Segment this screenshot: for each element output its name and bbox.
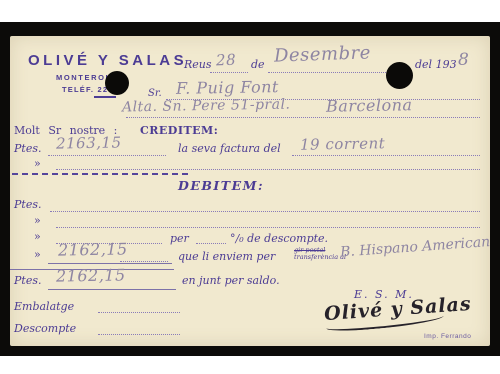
date-day-line	[210, 72, 248, 73]
creditem-label: CREDITEM:	[140, 124, 218, 137]
discount-per-label: per	[170, 232, 189, 245]
date-month-handwritten: Desembre	[274, 42, 372, 66]
scanned-postcard-photo: { "card": { "header": { "company": "OLIV…	[0, 0, 500, 374]
continuation-guillemet: »	[34, 157, 41, 170]
credit-handwritten-date: 19 corrent	[300, 134, 386, 153]
company-name: OLIVÉ Y SALAS	[28, 52, 187, 69]
saldo-amount-underline	[48, 289, 176, 290]
debit-row2-guillemet: »	[34, 214, 41, 227]
sr-label: Sr.	[148, 88, 162, 99]
transfer-bank-handwritten: B. Hispano Americano	[340, 233, 490, 260]
letterhead-rule	[94, 96, 116, 98]
transfer-guillemet: »	[34, 248, 41, 261]
credit-text-label: la seva factura del	[178, 142, 281, 155]
continuation-line	[56, 169, 480, 170]
credit-amount-line	[48, 155, 166, 156]
credit-amount-handwritten: 2163,15	[56, 133, 122, 152]
punch-hole-left	[105, 71, 129, 95]
discount-pct-label: °/₀ de descompte.	[230, 232, 328, 245]
postcard: OLIVÉ Y SALAS MONTEROLS, TELÉF. 229 R Re…	[10, 36, 490, 346]
debit-row1-line	[50, 211, 480, 212]
recipient-city-handwritten: Barcelona	[326, 95, 413, 116]
debit-ptes-label: Ptes.	[14, 198, 41, 211]
date-city-label: Reus	[184, 58, 212, 71]
descompte-label: Descompte	[14, 322, 76, 335]
debit-row3-guillemet: »	[34, 230, 41, 243]
saldo-ptes-label: Ptes.	[14, 274, 41, 287]
date-day-handwritten: 28	[216, 51, 237, 70]
transfer-amount-handwritten: 2162,15	[58, 239, 128, 259]
saldo-text-label: en junt per saldo.	[182, 274, 280, 287]
transfer-text-label: que li enviem per	[178, 250, 275, 263]
debitem-title: DEBITEM:	[178, 178, 264, 193]
transfer-replacement-label: transferència al	[294, 254, 346, 261]
date-year-label: del 193	[415, 58, 457, 71]
descompte-line	[98, 334, 180, 335]
saldo-amount-handwritten: 2162,15	[56, 265, 126, 285]
credit-ptes-label: Ptes.	[14, 142, 41, 155]
debit-row2-line	[56, 227, 480, 228]
credit-sum-rule	[12, 173, 188, 175]
embalatge-label: Embalatge	[14, 300, 74, 313]
embalatge-line	[98, 312, 180, 313]
transfer-amount-underline	[48, 263, 172, 264]
transfer-method-stack: gir postal transferència al	[294, 247, 346, 261]
discount-pct-blank	[196, 243, 226, 244]
credit-date-line	[292, 155, 480, 156]
date-de-label: de	[251, 58, 265, 71]
recipient-address-handwritten: Alta. Sn. Pere 51-pral.	[122, 97, 291, 116]
transfer-amount-dots	[120, 261, 168, 262]
recipient-address-line	[126, 117, 480, 118]
punch-hole-right	[386, 62, 413, 89]
date-year-digit-handwritten: 8	[458, 50, 469, 70]
recipient-name-handwritten: F. Puig Font	[176, 77, 279, 98]
printer-imprint: Imp. Ferrando	[424, 333, 471, 340]
